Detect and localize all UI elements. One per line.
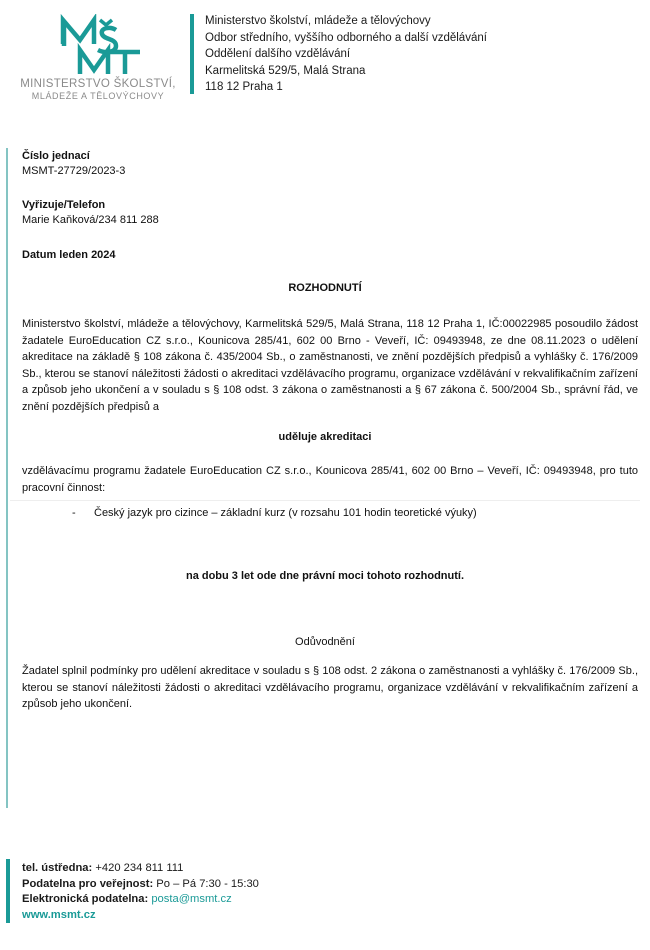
office-label: Podatelna pro veřejnost: [22,878,153,890]
reference-block: Číslo jednací MSMT-27729/2023-3 [22,149,125,179]
phone-label: tel. ústředna: [22,862,92,874]
address-line: Odbor středního, vyššího odborného a dal… [205,30,487,47]
email-link[interactable]: posta@msmt.cz [151,893,231,905]
footer-phone: tel. ústředna: +420 234 811 111 [22,861,259,877]
sender-address: Ministerstvo školství, mládeže a tělovýc… [205,13,487,96]
validity-duration: na dobu 3 let ode dne právní moci tohoto… [0,570,650,582]
grant-heading: uděluje akreditaci [0,431,650,443]
ministry-logo: MINISTERSTVO ŠKOLSTVÍ, MLÁDEŽE A TĚLOVÝC… [8,10,183,100]
footer-office-hours: Podatelna pro veřejnost: Po – Pá 7:30 - … [22,877,259,893]
intro-paragraph: Ministerstvo školství, mládeže a tělovýc… [22,316,638,415]
address-line: Ministerstvo školství, mládeže a tělovýc… [205,13,487,30]
msmt-logo-icon [60,14,142,76]
contact-block: Vyřizuje/Telefon Marie Kaňková/234 811 2… [22,198,159,228]
activity-list-item: - Český jazyk pro cizince – základní kur… [72,505,477,521]
footer-accent-bar [6,859,10,923]
contact-value: Marie Kaňková/234 811 288 [22,213,159,228]
activity-text: Český jazyk pro cizince – základní kurz … [94,505,477,521]
contact-label: Vyřizuje/Telefon [22,198,159,213]
footer-email: Elektronická podatelna: posta@msmt.cz [22,892,259,908]
reference-label: Číslo jednací [22,149,125,164]
logo-text-line2: MLÁDEŽE A TĚLOVÝCHOVY [8,91,188,101]
decision-title: ROZHODNUTÍ [0,282,650,294]
reference-number: MSMT-27729/2023-3 [22,164,125,179]
logo-text-line1: MINISTERSTVO ŠKOLSTVÍ, [8,78,188,90]
list-dash: - [72,505,94,521]
website-link[interactable]: www.msmt.cz [22,908,259,924]
address-line: Karmelitská 529/5, Malá Strana [205,63,487,80]
grant-paragraph: vzdělávacímu programu žadatele EuroEduca… [22,463,638,496]
address-line: 118 12 Praha 1 [205,79,487,96]
reason-heading: Odůvodnění [0,636,650,648]
margin-line [6,148,8,808]
divider [10,500,640,501]
address-line: Oddělení dalšího vzdělávání [205,46,487,63]
email-label: Elektronická podatelna: [22,893,148,905]
reason-paragraph: Žadatel splnil podmínky pro udělení akre… [22,663,638,713]
office-value: Po – Pá 7:30 - 15:30 [153,878,259,890]
phone-value: +420 234 811 111 [92,862,183,874]
document-date: Datum leden 2024 [22,248,116,263]
footer-contacts: tel. ústředna: +420 234 811 111 Podateln… [22,861,259,923]
header-accent-bar [190,14,194,94]
